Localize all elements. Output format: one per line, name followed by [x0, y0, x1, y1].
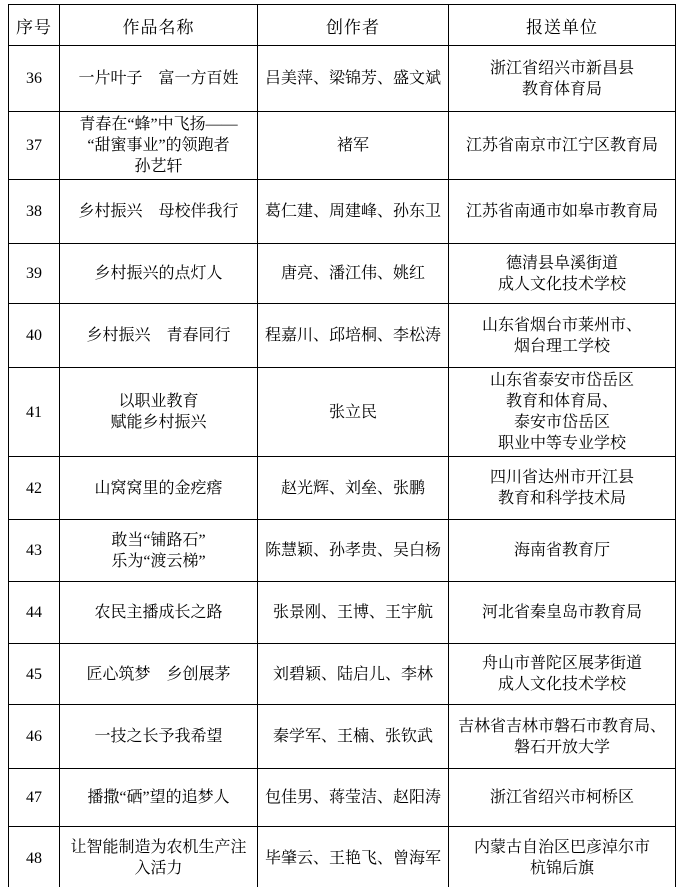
title-cell: 青春在“蜂”中飞扬—— “甜蜜事业”的领跑者 孙艺轩	[60, 112, 258, 180]
serial-cell: 41	[9, 368, 60, 457]
table-row: 47播撒“硒”望的追梦人包佳男、蒋莹洁、赵阳涛浙江省绍兴市柯桥区	[9, 769, 676, 827]
creators-cell: 陈慧颖、孙孝贵、吴白杨	[258, 520, 449, 582]
creators-cell: 包佳男、蒋莹洁、赵阳涛	[258, 769, 449, 827]
title-cell: 以职业教育 赋能乡村振兴	[60, 368, 258, 457]
creators-cell: 程嘉川、邱培桐、李松涛	[258, 304, 449, 368]
serial-cell: 44	[9, 582, 60, 644]
award-works-table-container: 序号 作品名称 创作者 报送单位 36一片叶子 富一方百姓吕美萍、梁锦芳、盛文斌…	[8, 4, 676, 887]
serial-cell: 42	[9, 457, 60, 520]
serial-cell: 48	[9, 827, 60, 887]
title-cell: 农民主播成长之路	[60, 582, 258, 644]
serial-cell: 37	[9, 112, 60, 180]
title-cell: 一技之长予我希望	[60, 705, 258, 769]
creators-cell: 秦学军、王楠、张钦武	[258, 705, 449, 769]
creators-cell: 赵光辉、刘垒、张鹏	[258, 457, 449, 520]
title-cell: 一片叶子 富一方百姓	[60, 46, 258, 112]
title-cell: 敢当“铺路石” 乐为“渡云梯”	[60, 520, 258, 582]
unit-cell: 山东省烟台市莱州市、 烟台理工学校	[449, 304, 676, 368]
serial-cell: 40	[9, 304, 60, 368]
creators-cell: 毕肇云、王艳飞、曾海军	[258, 827, 449, 887]
title-cell: 山窝窝里的金疙瘩	[60, 457, 258, 520]
creators-cell: 唐亮、潘江伟、姚红	[258, 244, 449, 304]
serial-cell: 47	[9, 769, 60, 827]
creators-cell: 张立民	[258, 368, 449, 457]
table-row: 45匠心筑梦 乡创展茅刘碧颖、陆启儿、李林舟山市普陀区展茅街道 成人文化技术学校	[9, 644, 676, 705]
unit-cell: 四川省达州市开江县 教育和科学技术局	[449, 457, 676, 520]
unit-cell: 江苏省南通市如皋市教育局	[449, 180, 676, 244]
creators-cell: 吕美萍、梁锦芳、盛文斌	[258, 46, 449, 112]
title-cell: 乡村振兴 母校伴我行	[60, 180, 258, 244]
table-row: 41以职业教育 赋能乡村振兴张立民山东省泰安市岱岳区 教育和体育局、 泰安市岱岳…	[9, 368, 676, 457]
table-row: 48让智能制造为农机生产注 入活力毕肇云、王艳飞、曾海军内蒙古自治区巴彦淖尔市 …	[9, 827, 676, 887]
serial-cell: 38	[9, 180, 60, 244]
unit-cell: 浙江省绍兴市柯桥区	[449, 769, 676, 827]
table-row: 44农民主播成长之路张景刚、王博、王宇航河北省秦皇岛市教育局	[9, 582, 676, 644]
unit-cell: 浙江省绍兴市新昌县 教育体育局	[449, 46, 676, 112]
unit-cell: 山东省泰安市岱岳区 教育和体育局、 泰安市岱岳区 职业中等专业学校	[449, 368, 676, 457]
table-body: 36一片叶子 富一方百姓吕美萍、梁锦芳、盛文斌浙江省绍兴市新昌县 教育体育局37…	[9, 46, 676, 887]
table-row: 40乡村振兴 青春同行程嘉川、邱培桐、李松涛山东省烟台市莱州市、 烟台理工学校	[9, 304, 676, 368]
column-header-serial: 序号	[9, 5, 60, 46]
serial-cell: 45	[9, 644, 60, 705]
unit-cell: 内蒙古自治区巴彦淖尔市 杭锦后旗	[449, 827, 676, 887]
unit-cell: 德清县阜溪街道 成人文化技术学校	[449, 244, 676, 304]
unit-cell: 江苏省南京市江宁区教育局	[449, 112, 676, 180]
serial-cell: 46	[9, 705, 60, 769]
table-row: 46一技之长予我希望秦学军、王楠、张钦武吉林省吉林市磐石市教育局、 磐石开放大学	[9, 705, 676, 769]
column-header-creators: 创作者	[258, 5, 449, 46]
unit-cell: 舟山市普陀区展茅街道 成人文化技术学校	[449, 644, 676, 705]
title-cell: 乡村振兴的点灯人	[60, 244, 258, 304]
table-row: 39乡村振兴的点灯人唐亮、潘江伟、姚红德清县阜溪街道 成人文化技术学校	[9, 244, 676, 304]
table-row: 36一片叶子 富一方百姓吕美萍、梁锦芳、盛文斌浙江省绍兴市新昌县 教育体育局	[9, 46, 676, 112]
title-cell: 乡村振兴 青春同行	[60, 304, 258, 368]
title-cell: 让智能制造为农机生产注 入活力	[60, 827, 258, 887]
header-row: 序号 作品名称 创作者 报送单位	[9, 5, 676, 46]
creators-cell: 葛仁建、周建峰、孙东卫	[258, 180, 449, 244]
serial-cell: 43	[9, 520, 60, 582]
unit-cell: 河北省秦皇岛市教育局	[449, 582, 676, 644]
award-works-table: 序号 作品名称 创作者 报送单位 36一片叶子 富一方百姓吕美萍、梁锦芳、盛文斌…	[8, 4, 676, 887]
table-row: 43敢当“铺路石” 乐为“渡云梯”陈慧颖、孙孝贵、吴白杨海南省教育厅	[9, 520, 676, 582]
serial-cell: 39	[9, 244, 60, 304]
serial-cell: 36	[9, 46, 60, 112]
creators-cell: 褚军	[258, 112, 449, 180]
unit-cell: 海南省教育厅	[449, 520, 676, 582]
table-row: 42山窝窝里的金疙瘩赵光辉、刘垒、张鹏四川省达州市开江县 教育和科学技术局	[9, 457, 676, 520]
column-header-submitting-unit: 报送单位	[449, 5, 676, 46]
column-header-work-title: 作品名称	[60, 5, 258, 46]
table-row: 38乡村振兴 母校伴我行葛仁建、周建峰、孙东卫江苏省南通市如皋市教育局	[9, 180, 676, 244]
table-row: 37青春在“蜂”中飞扬—— “甜蜜事业”的领跑者 孙艺轩褚军江苏省南京市江宁区教…	[9, 112, 676, 180]
title-cell: 播撒“硒”望的追梦人	[60, 769, 258, 827]
title-cell: 匠心筑梦 乡创展茅	[60, 644, 258, 705]
creators-cell: 刘碧颖、陆启儿、李林	[258, 644, 449, 705]
creators-cell: 张景刚、王博、王宇航	[258, 582, 449, 644]
unit-cell: 吉林省吉林市磐石市教育局、 磐石开放大学	[449, 705, 676, 769]
